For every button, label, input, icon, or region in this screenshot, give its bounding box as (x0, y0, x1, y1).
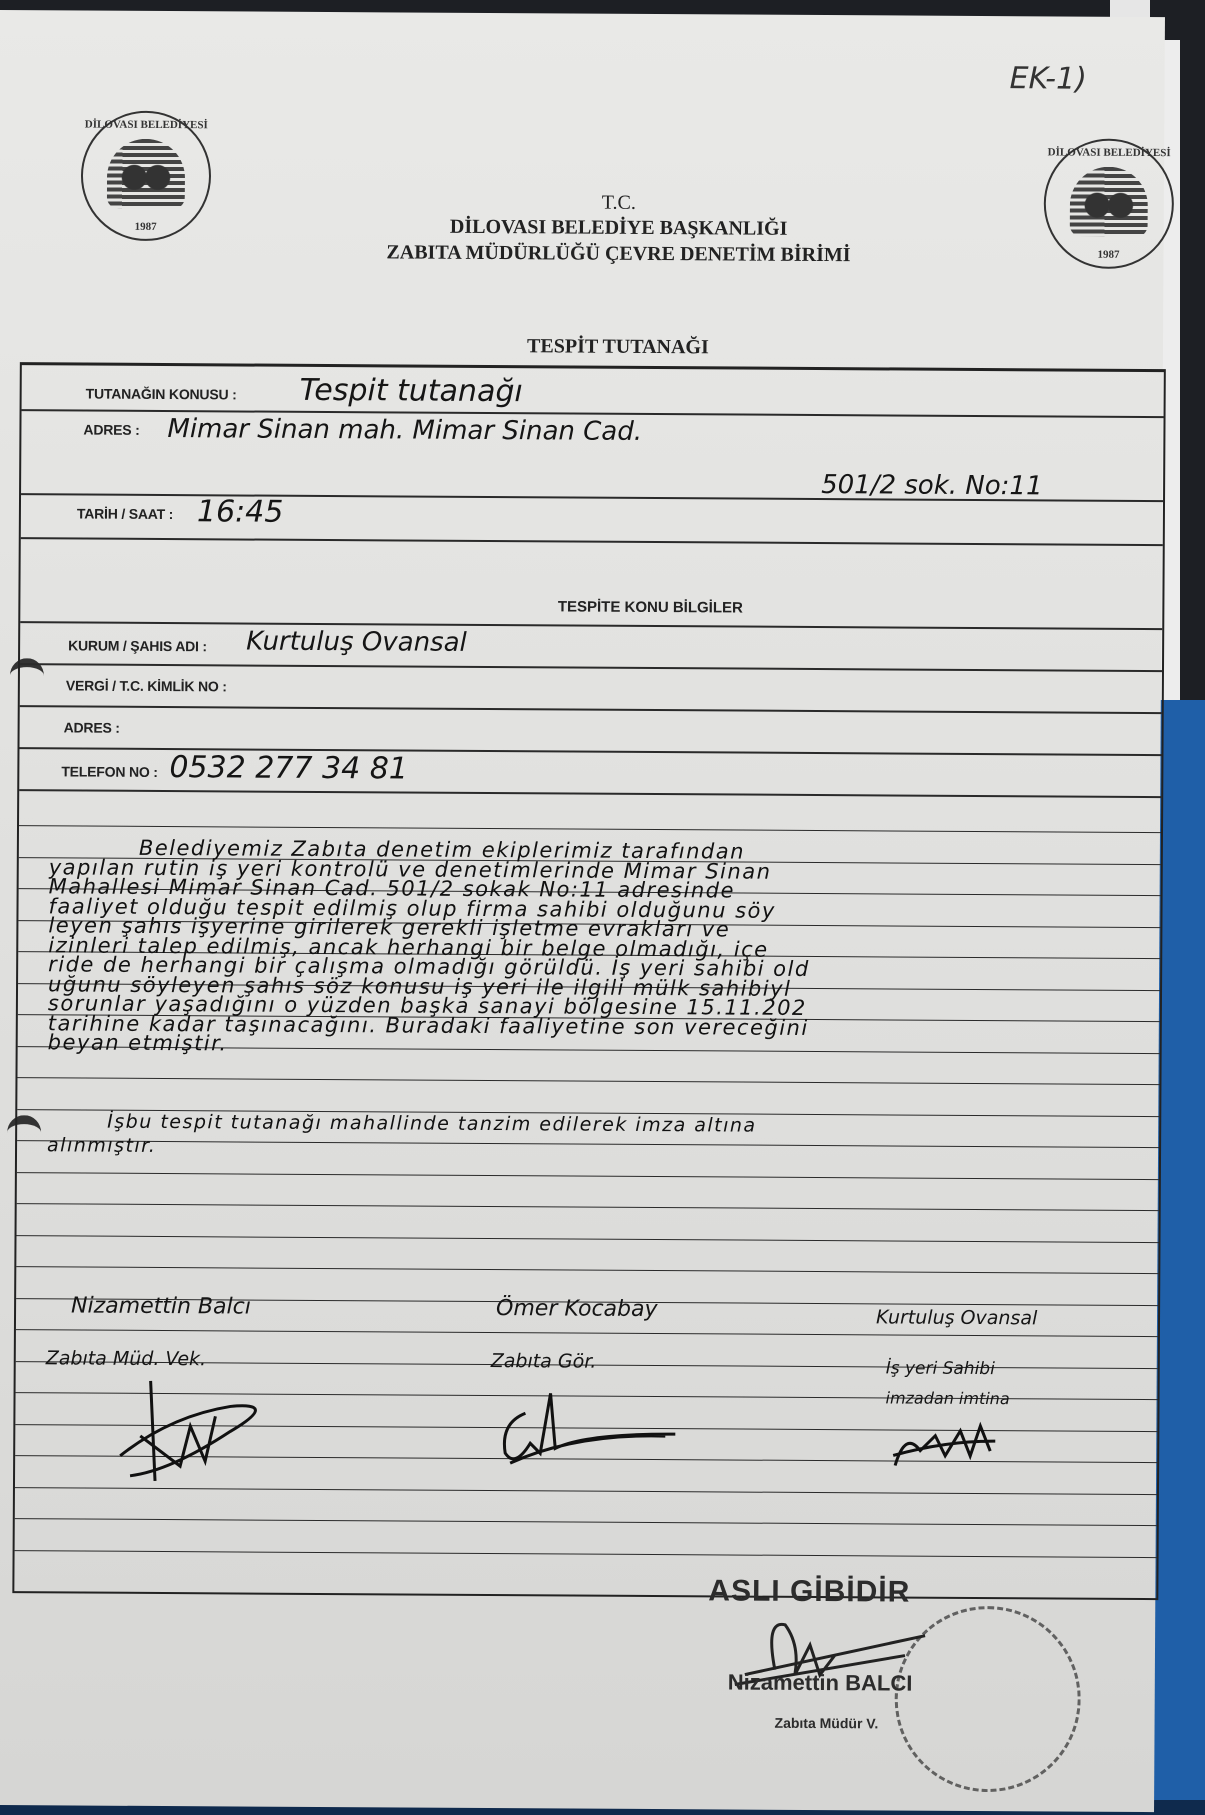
address-label: ADRES : (83, 422, 139, 438)
phone-value: 0532 277 34 81 (169, 750, 408, 786)
datetime-value: 16:45 (197, 494, 284, 530)
subject-label: TUTANAĞIN KONUSU : (86, 386, 237, 403)
signature-2-icon (495, 1373, 696, 1474)
seal-ring-text: DİLOVASI BELEDİYESİ (1046, 146, 1172, 159)
seal-year: 1987 (1045, 248, 1171, 261)
signatory-3-name: Kurtuluş Ovansal (876, 1306, 1037, 1329)
datetime-label: TARİH / SAAT : (77, 505, 173, 522)
subject-value: Tespit tutanağı (300, 373, 523, 409)
ruled-lines (22, 365, 1164, 372)
seal-ring-text: DİLOVASI BELEDİYESİ (83, 119, 209, 132)
municipality-seal-left: DİLOVASI BELEDİYESİ 1987 (81, 110, 212, 241)
report-form: TUTANAĞIN KONUSU : Tespit tutanağı ADRES… (12, 362, 1165, 1600)
signatory-1-name: Nizamettin Balcı (71, 1293, 251, 1319)
ruled-line (15, 1487, 1157, 1495)
signatory-3-note: imzadan imtina (885, 1388, 1009, 1408)
signatory-2-name: Ömer Kocabay (496, 1296, 658, 1322)
ruled-line (16, 1266, 1158, 1274)
ruled-line (17, 1077, 1159, 1085)
section-title: TESPİTE KONU BİLGİLER (440, 598, 860, 618)
row-divider (20, 663, 1162, 672)
ruled-line (15, 1550, 1157, 1558)
header-municipality: DİLOVASI BELEDİYE BAŞKANLIĞI (299, 213, 939, 243)
address-value-line1: Mimar Sinan mah. Mimar Sinan Cad. (167, 414, 642, 447)
ruled-line (16, 1329, 1158, 1337)
ruled-line (19, 825, 1161, 833)
seal-year: 1987 (83, 221, 209, 234)
header-department: ZABITA MÜDÜRLÜĞÜ ÇEVRE DENETİM BİRİMİ (298, 239, 938, 269)
row-divider (20, 621, 1162, 630)
signatory-2-title: Zabıta Gör. (491, 1350, 597, 1373)
signatory-3-title: İş yeri Sahibi (886, 1358, 995, 1379)
document-page: EK-1) DİLOVASI BELEDİYESİ 1987 DİLOVASI … (0, 10, 1165, 1812)
certified-copy-stamp: ASLI GİBİDİR (708, 1574, 910, 1609)
document-header: T.C. DİLOVASI BELEDİYE BAŞKANLIĞI ZABITA… (298, 190, 938, 269)
name-value: Kurtuluş Ovansal (246, 627, 467, 658)
ruled-line (17, 1235, 1159, 1243)
row-divider (19, 789, 1161, 798)
signature-1-icon (110, 1376, 291, 1487)
municipality-seal-right: DİLOVASI BELEDİYESİ 1987 (1043, 138, 1174, 269)
narrative-paragraph-1: Belediyemiz Zabıta denetim ekiplerimiz t… (22, 365, 1164, 372)
document-title: TESPİT TUTANAĞI (438, 335, 798, 360)
narrative-paragraph-2: İşbu tespit tutanağı mahallinde tanzim e… (22, 365, 1164, 372)
phone-label: TELEFON NO : (61, 763, 157, 780)
name-label: KURUM / ŞAHIS ADI : (68, 637, 207, 654)
seal-emblem-icon (107, 139, 185, 209)
subject-address-label: ADRES : (64, 719, 120, 735)
narrative-line: alınmıştır. (47, 1134, 1139, 1163)
seal-emblem-icon (1070, 167, 1148, 237)
row-divider (20, 705, 1162, 714)
row-divider (21, 537, 1163, 546)
annotation-ek: EK-1) (1009, 61, 1086, 96)
stamp-officer-role: Zabıta Müdür V. (775, 1715, 879, 1732)
stamp-officer-name: Nizamettin BALCI (728, 1669, 913, 1696)
ruled-line (15, 1518, 1157, 1526)
tax-id-label: VERGİ / T.C. KİMLİK NO : (66, 677, 227, 694)
ruled-line (17, 1203, 1159, 1211)
signatory-1-title: Zabıta Müd. Vek. (46, 1347, 206, 1370)
address-value-line2: 501/2 sok. No:11 (821, 470, 1043, 501)
signature-3-icon (885, 1410, 1015, 1481)
ruled-line (17, 1172, 1159, 1180)
